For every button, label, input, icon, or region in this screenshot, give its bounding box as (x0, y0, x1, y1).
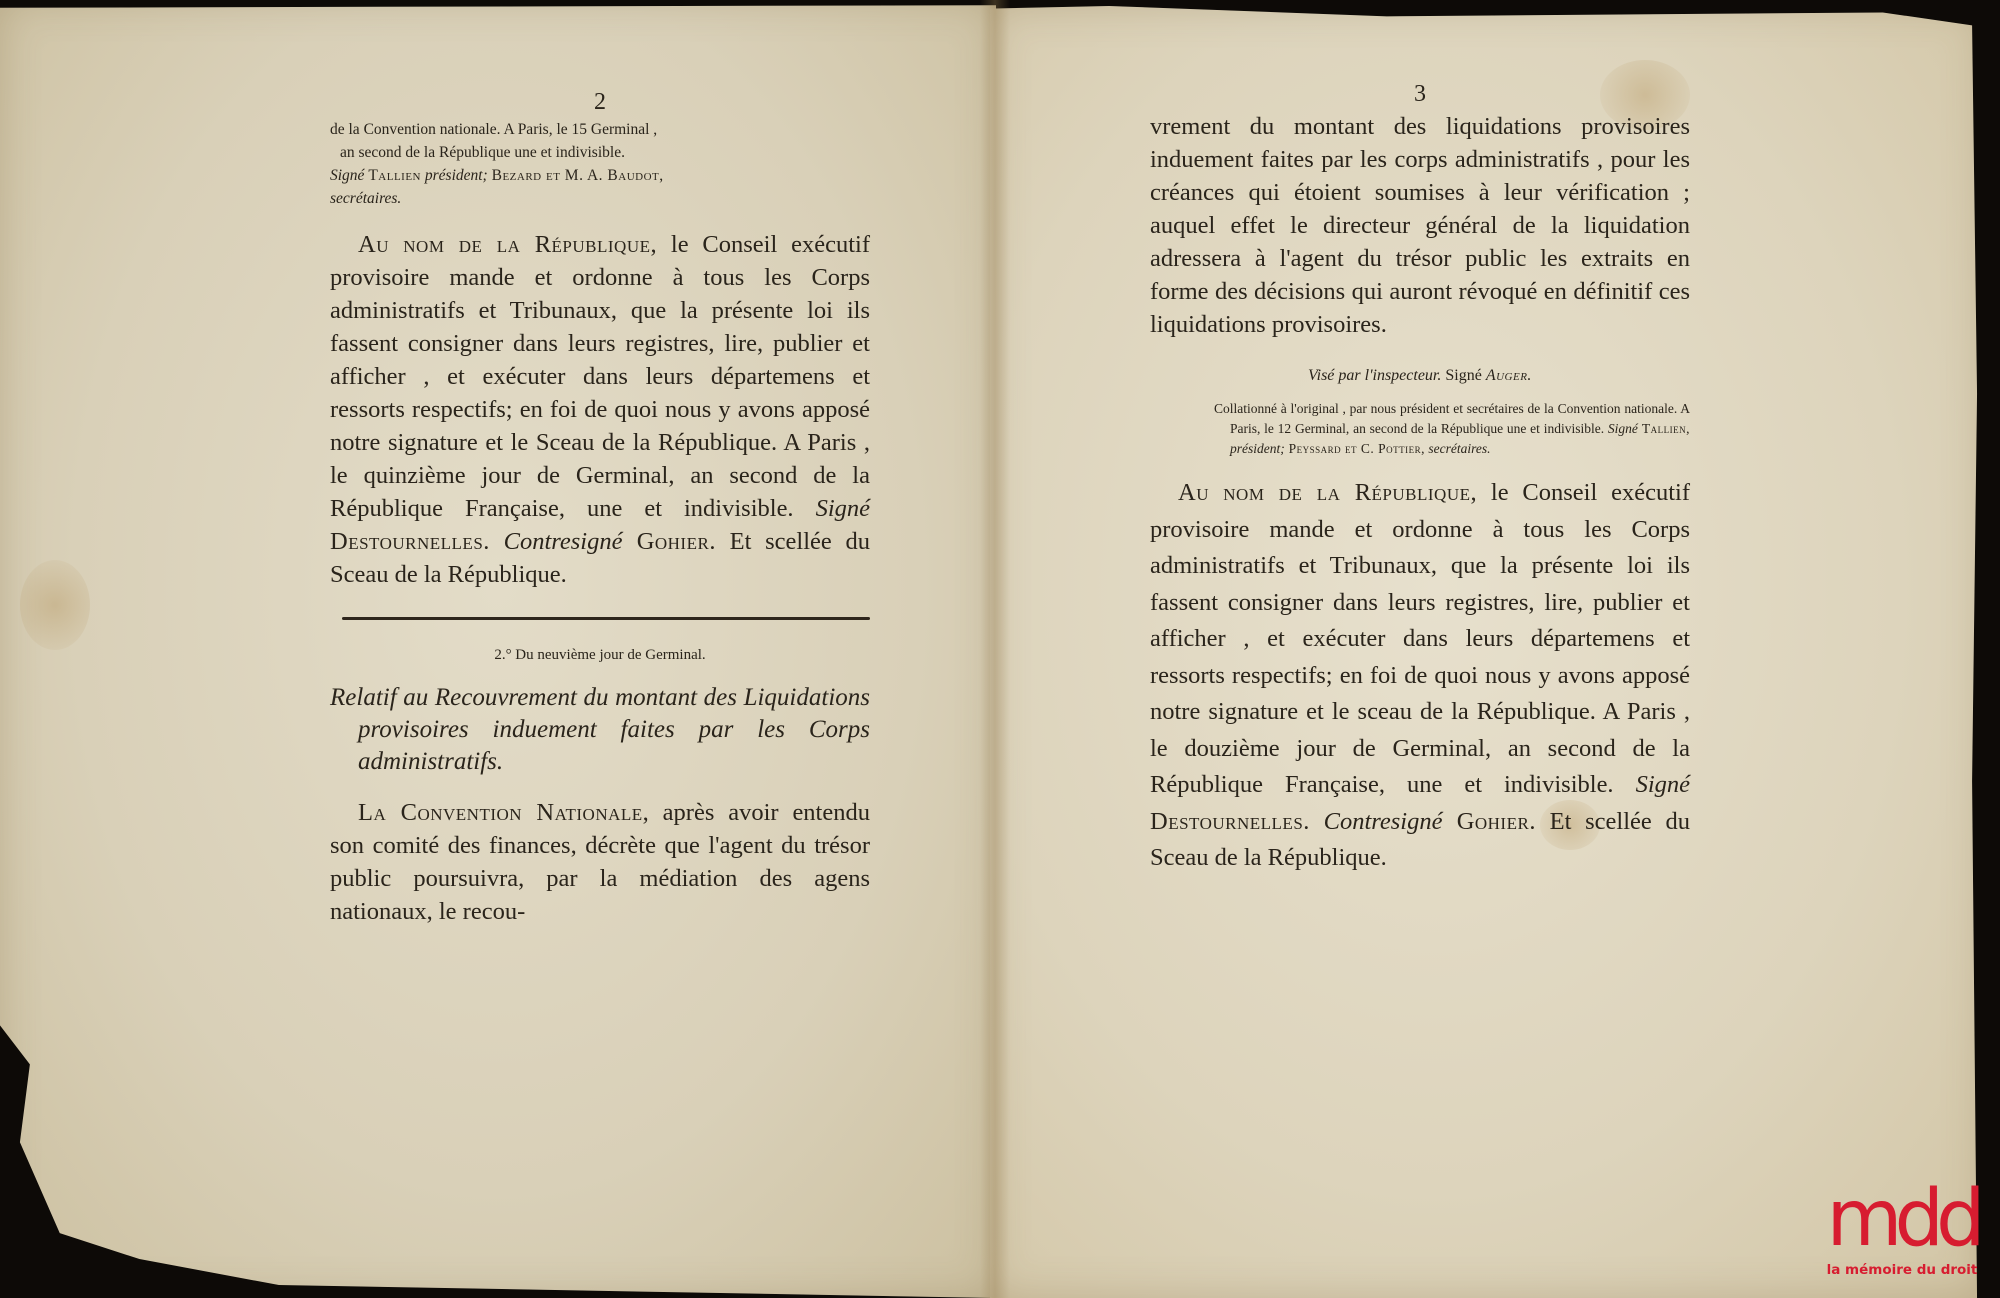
secretaries-role: secrétaires. (1425, 441, 1490, 456)
formula-lead: Au nom de la République, (358, 231, 657, 258)
contresigne-label: Contresigné (1310, 808, 1443, 835)
contresigne-label: Contresigné (490, 528, 623, 555)
countersignatory-name: Gohier. (1442, 808, 1535, 835)
attestation-line: de la Convention nationale. A Paris, le … (330, 118, 870, 141)
decree-paragraph: La Convention Nationale, après avoir ent… (330, 796, 870, 928)
collation-note: Collationné à l'original , par nous prés… (1150, 399, 1690, 459)
logo-tagline: la mémoire du droit (1812, 1262, 1992, 1278)
section-divider (342, 617, 870, 620)
signe-label: Signé (816, 495, 870, 522)
vise-label: Visé par l'inspecteur. (1308, 367, 1441, 384)
promulgation-paragraph: Au nom de la République, le Conseil exéc… (330, 228, 870, 591)
signe-label: Signé (1608, 421, 1638, 436)
page-number: 3 (1150, 80, 1690, 108)
secretaries-names: Peyssard et C. Pottier, (1285, 441, 1425, 456)
decree-continuation: vrement du montant des liquidations prov… (1150, 110, 1690, 341)
continued-attestation: de la Convention nationale. A Paris, le … (330, 118, 870, 210)
signe-label: Signé (1636, 771, 1690, 798)
president-name: Tallien (368, 167, 421, 184)
right-page-column: 3 vrement du montant des liquidations pr… (1150, 80, 1690, 877)
inspector-name: Auger. (1486, 367, 1532, 384)
signe-label: Signé (1441, 367, 1485, 384)
section-title: Relatif au Recouvrement du montant des L… (330, 682, 870, 778)
president-role: président; (425, 167, 488, 184)
book-spine-fold (980, 0, 1010, 1298)
logo-mark: mdd (1812, 1182, 1992, 1256)
promulgation-paragraph: Au nom de la République, le Conseil exéc… (1150, 475, 1690, 877)
formula-lead: La Convention Nationale (358, 799, 643, 826)
attestation-signature: Signé Tallien président; Bezard et M. A.… (330, 164, 870, 187)
secretaries-role: secrétaires. (330, 187, 870, 210)
formula-lead: Au nom de la République, (1178, 479, 1477, 506)
left-page-column: 2 de la Convention nationale. A Paris, l… (330, 88, 870, 928)
president-role: président; (1230, 441, 1285, 456)
paragraph-text: le Conseil exécutif provisoire mande et … (330, 231, 870, 522)
paragraph-text: le Conseil exécutif provisoire mande et … (1150, 479, 1690, 798)
paper-stain (20, 560, 90, 650)
paragraph-text: vrement du montant des liquidations prov… (1150, 110, 1690, 341)
secretaries-names: Bezard et M. A. Baudot, (492, 167, 664, 184)
mdd-logo: mdd la mémoire du droit (1812, 1182, 1992, 1292)
signe-label: Signé (330, 167, 364, 184)
signatory-name: Destournelles. (1150, 808, 1310, 835)
president-name: Tallien, (1638, 421, 1690, 436)
inspector-visa: Visé par l'inspecteur. Signé Auger. (1150, 367, 1690, 385)
page-number: 2 (330, 88, 870, 116)
countersignatory-name: Gohier. (622, 528, 715, 555)
attestation-line: an second de la République une et indivi… (330, 141, 870, 164)
signatory-name: Destournelles. (330, 528, 490, 555)
section-heading: 2.° Du neuvième jour de Germinal. (330, 644, 870, 666)
